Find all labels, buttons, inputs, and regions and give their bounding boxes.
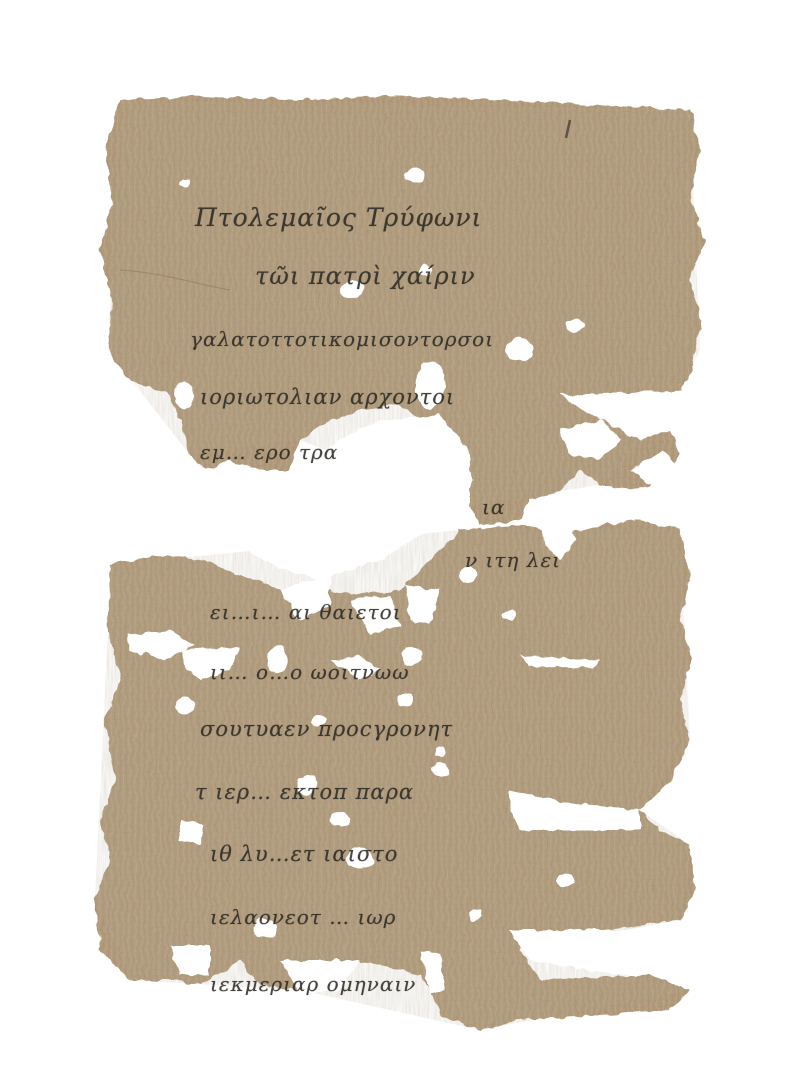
- text-line-14: ιεκμεριαρ ομηναιν: [210, 972, 416, 996]
- text-line-9: ιι… ο…ο ωοιτνωω: [210, 660, 410, 684]
- text-line-4: ιοριωτολιαν αρχοντοι: [200, 385, 455, 409]
- text-line-10: σουτυαεν προϲγρονητ: [200, 717, 453, 741]
- text-line-12: ιθ λυ…ετ ιαιστο: [210, 842, 398, 866]
- text-line-7: ν ιτη λει: [465, 548, 561, 572]
- papyrus-photograph: Πτολεμαῖος Τρύφωνι τῶι πατρὶ χαίριν γαλα…: [0, 0, 792, 1074]
- text-line-5: εμ… ερο τρα: [200, 440, 338, 464]
- text-line-1: Πτολεμαῖος Τρύφωνι: [195, 203, 482, 232]
- text-line-2: τῶι πατρὶ χαίριν: [255, 262, 476, 290]
- text-line-11: τ ιερ… εκτοπ παρα: [195, 780, 414, 804]
- text-line-13: ιελαονεοτ … ιωρ: [210, 905, 396, 929]
- text-line-8: ει…ι… αι θαιετοι: [210, 600, 402, 624]
- text-line-6: ια: [482, 495, 505, 519]
- text-line-3: γαλατοττοτικομισοντορσοι: [190, 327, 494, 351]
